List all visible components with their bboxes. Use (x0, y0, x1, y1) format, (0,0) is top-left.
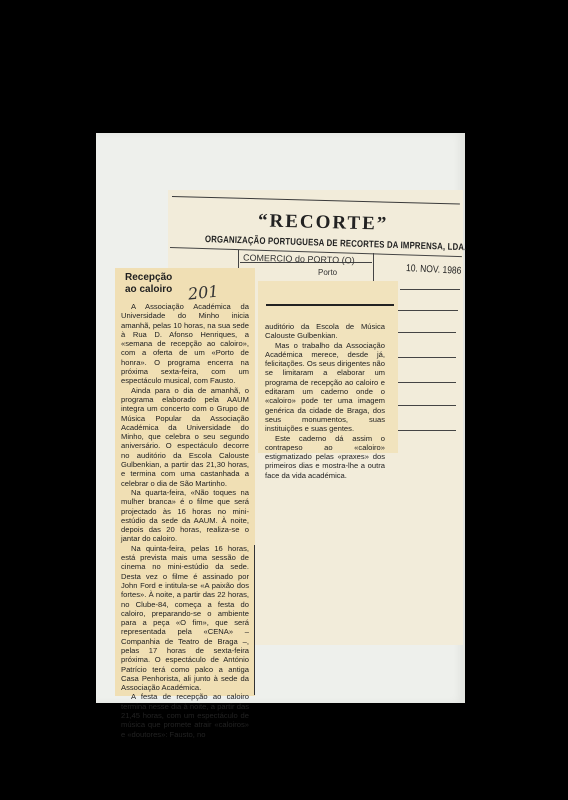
form-rule (396, 382, 456, 383)
form-rule (396, 357, 456, 358)
form-rule (398, 310, 458, 311)
form-rule (400, 289, 460, 290)
paragraph: Ainda para o dia de amanhã, o programa e… (121, 386, 249, 488)
paragraph: A Associação Académica da Universidade d… (121, 302, 249, 386)
recorte-brand: “RECORTE” (258, 210, 389, 235)
headline-line: ao caloiro (125, 284, 172, 296)
paragraph: Mas o trabalho da Associação Académica m… (265, 341, 385, 434)
handwritten-number: 201 (187, 281, 219, 303)
paragraph: A festa de recepção ao caloiro termina n… (121, 692, 249, 738)
form-divider (373, 253, 374, 283)
paragraph: auditório da Escola de Música Calouste G… (265, 322, 385, 341)
paragraph: Na quarta-feira, «Não toques na mulher b… (121, 488, 249, 544)
form-rule (396, 405, 456, 406)
form-rule (396, 332, 456, 333)
paragraph: Este caderno dá assim o contrapeso ao «c… (265, 434, 385, 480)
column-rule (254, 545, 255, 695)
article-column-left: A Associação Académica da Universidade d… (121, 302, 249, 739)
publication-city: Porto (318, 268, 337, 277)
column-top-rule (266, 304, 394, 306)
headline-line: Recepção (125, 272, 172, 284)
article-column-right: auditório da Escola de Música Calouste G… (265, 322, 385, 480)
form-rule (396, 430, 456, 431)
paragraph: Na quinta-feira, pelas 16 horas, está pr… (121, 544, 249, 693)
article-headline: Recepção ao caloiro (125, 272, 172, 296)
